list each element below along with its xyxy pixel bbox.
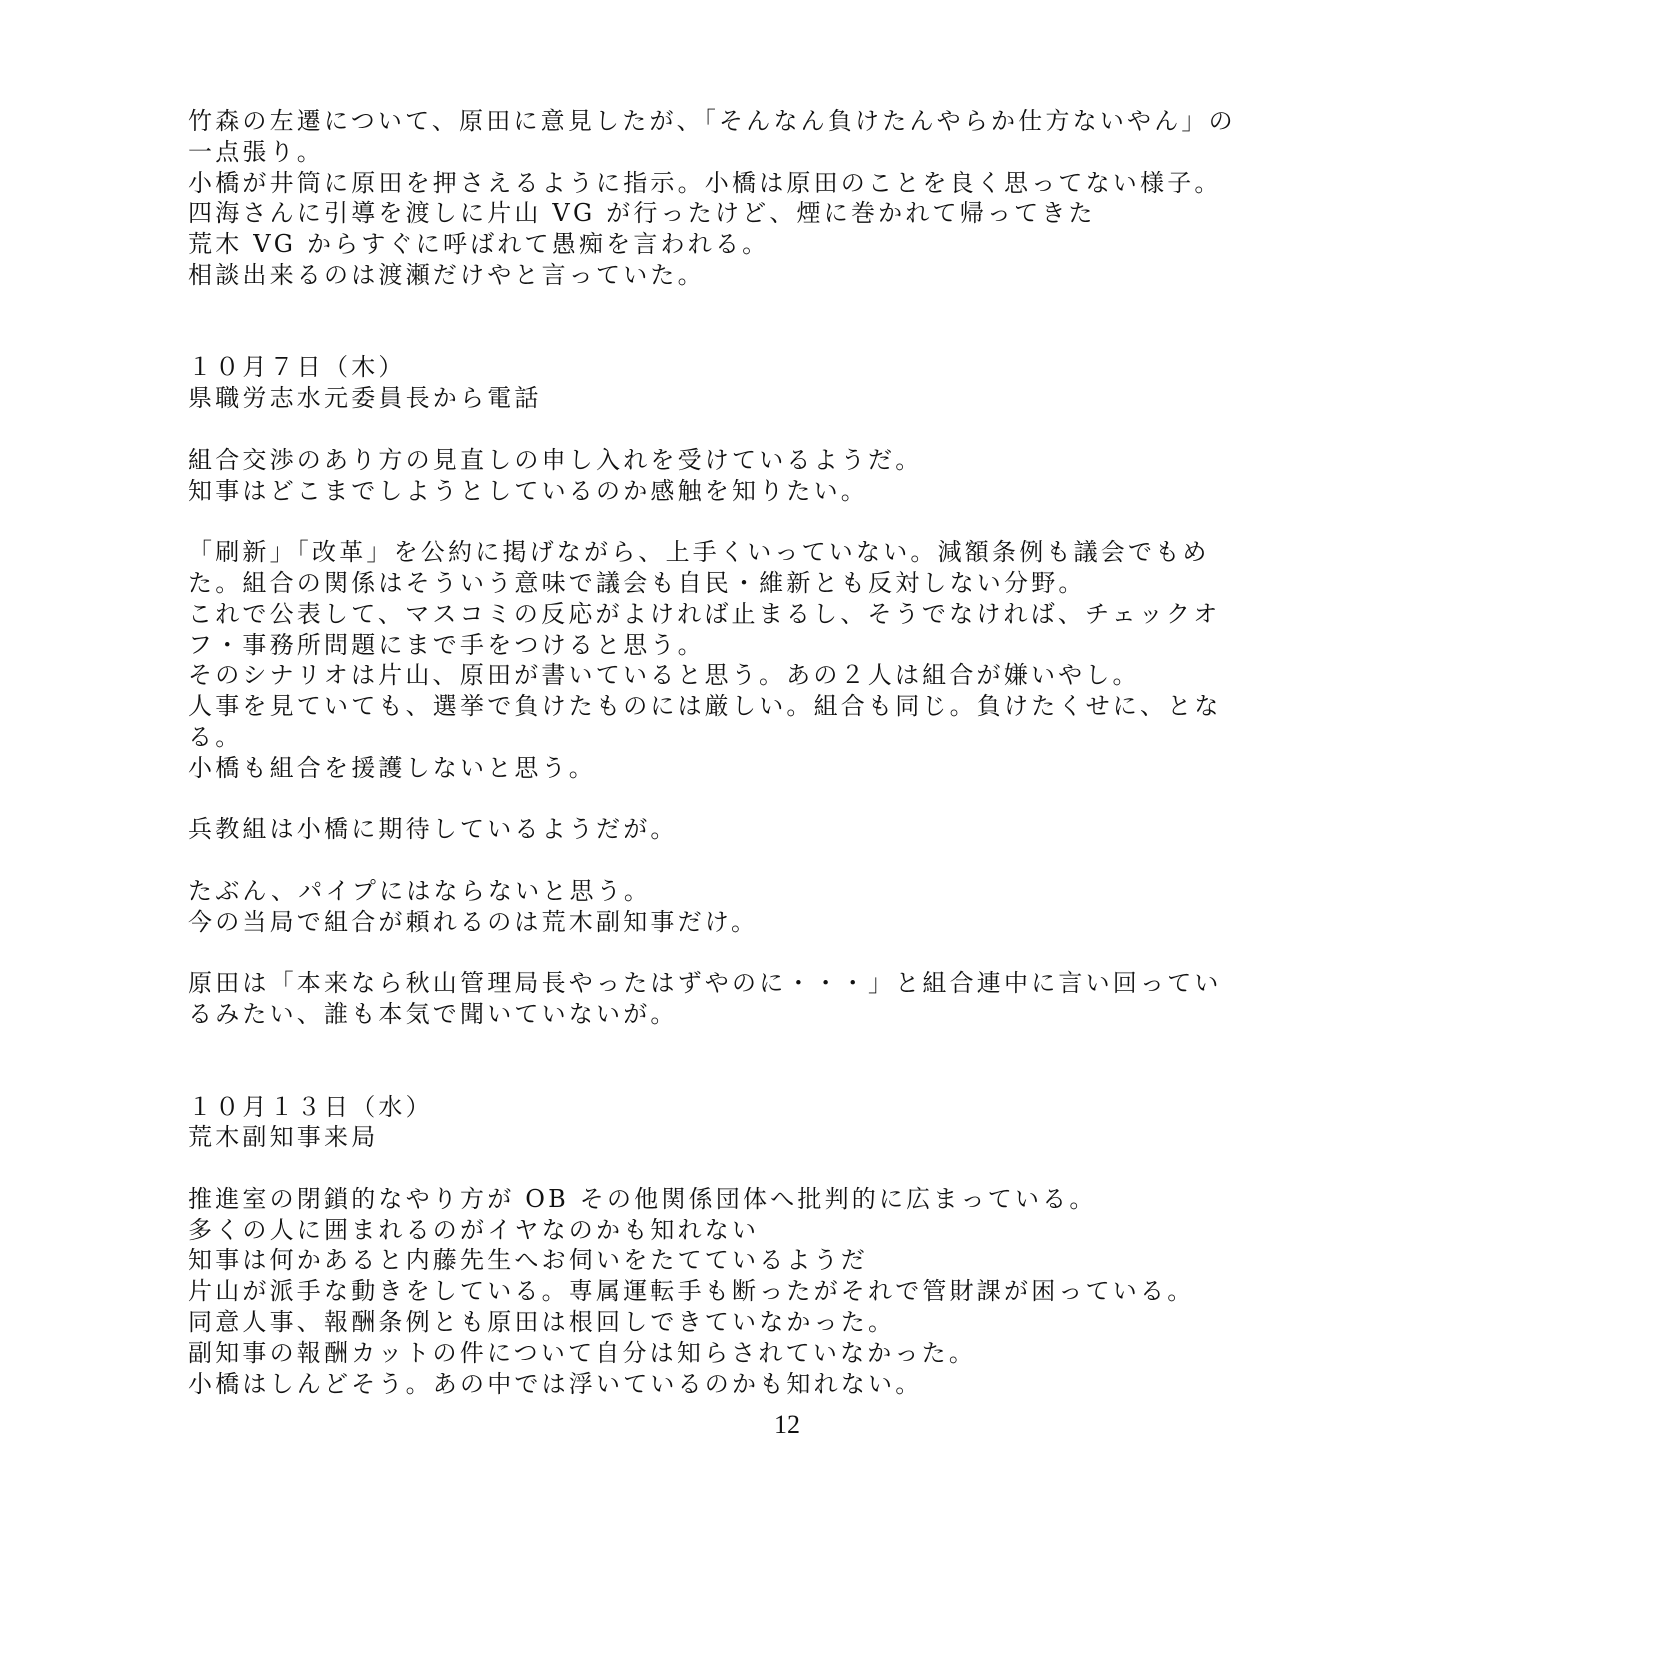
text-line: そのシナリオは片山、原田が書いていると思う。あの２人は組合が嫌いやし。	[188, 660, 1398, 691]
text-line: 小橋が井筒に原田を押さえるように指示。小橋は原田のことを良く思ってない様子。	[188, 168, 1398, 199]
blank-line	[188, 291, 1398, 322]
blank-line	[188, 938, 1398, 969]
blank-line	[188, 784, 1398, 815]
blank-line	[188, 1153, 1398, 1184]
text-line: フ・事務所問題にまで手をつけると思う。	[188, 630, 1398, 661]
text-line: 人事を見ていても、選挙で負けたものには厳しい。組合も同じ。負けたくせに、とな	[188, 691, 1398, 722]
text-line: 推進室の閉鎖的なやり方が OB その他関係団体へ批判的に広まっている。	[188, 1184, 1398, 1215]
text-line: 副知事の報酬カットの件について自分は知らされていなかった。	[188, 1338, 1398, 1369]
text-line: 知事は何かあると内藤先生へお伺いをたてているようだ	[188, 1245, 1398, 1276]
blank-line	[188, 414, 1398, 445]
text-line: た。組合の関係はそういう意味で議会も自民・維新とも反対しない分野。	[188, 568, 1398, 599]
text-line: 四海さんに引導を渡しに片山 VG が行ったけど、煙に巻かれて帰ってきた	[188, 198, 1398, 229]
text-line: 同意人事、報酬条例とも原田は根回しできていなかった。	[188, 1307, 1398, 1338]
text-line: 兵教組は小橋に期待しているようだが。	[188, 814, 1398, 845]
text-line: るみたい、誰も本気で聞いていないが。	[188, 999, 1398, 1030]
blank-line	[188, 1061, 1398, 1092]
blank-line	[188, 1030, 1398, 1061]
text-line: 片山が派手な動きをしている。専属運転手も断ったがそれで管財課が困っている。	[188, 1276, 1398, 1307]
text-line: 竹森の左遷について、原田に意見したが、「そんなん負けたんやらか仕方ないやん」の	[188, 106, 1398, 137]
page-number: 12	[0, 1410, 1574, 1440]
text-line: 原田は「本来なら秋山管理局長やったはずやのに・・・」と組合連中に言い回ってい	[188, 968, 1398, 999]
text-line: 相談出来るのは渡瀬だけやと言っていた。	[188, 260, 1398, 291]
text-line: 組合交渉のあり方の見直しの申し入れを受けているようだ。	[188, 445, 1398, 476]
text-line: これで公表して、マスコミの反応がよければ止まるし、そうでなければ、チェックオ	[188, 599, 1398, 630]
text-line: 小橋はしんどそう。あの中では浮いているのかも知れない。	[188, 1369, 1398, 1400]
blank-line	[188, 845, 1398, 876]
text-line: 一点張り。	[188, 137, 1398, 168]
text-line: 多くの人に囲まれるのがイヤなのかも知れない	[188, 1215, 1398, 1246]
document-body: 竹森の左遷について、原田に意見したが、「そんなん負けたんやらか仕方ないやん」の …	[188, 106, 1398, 1399]
blank-line	[188, 322, 1398, 353]
document-page: 竹森の左遷について、原田に意見したが、「そんなん負けたんやらか仕方ないやん」の …	[0, 0, 1654, 1654]
entry-heading: 県職労志水元委員長から電話	[188, 383, 1398, 414]
entry-date: １０月７日（木）	[188, 352, 1398, 383]
text-line: 知事はどこまでしようとしているのか感触を知りたい。	[188, 476, 1398, 507]
text-line: 今の当局で組合が頼れるのは荒木副知事だけ。	[188, 907, 1398, 938]
text-line: 小橋も組合を援護しないと思う。	[188, 753, 1398, 784]
text-line: 荒木 VG からすぐに呼ばれて愚痴を言われる。	[188, 229, 1398, 260]
entry-heading: 荒木副知事来局	[188, 1122, 1398, 1153]
text-line: る。	[188, 722, 1398, 753]
text-line: 「刷新」「改革」を公約に掲げながら、上手くいっていない。減額条例も議会でもめ	[188, 537, 1398, 568]
entry-date: １０月１３日（水）	[188, 1092, 1398, 1123]
text-line: たぶん、パイプにはならないと思う。	[188, 876, 1398, 907]
blank-line	[188, 506, 1398, 537]
